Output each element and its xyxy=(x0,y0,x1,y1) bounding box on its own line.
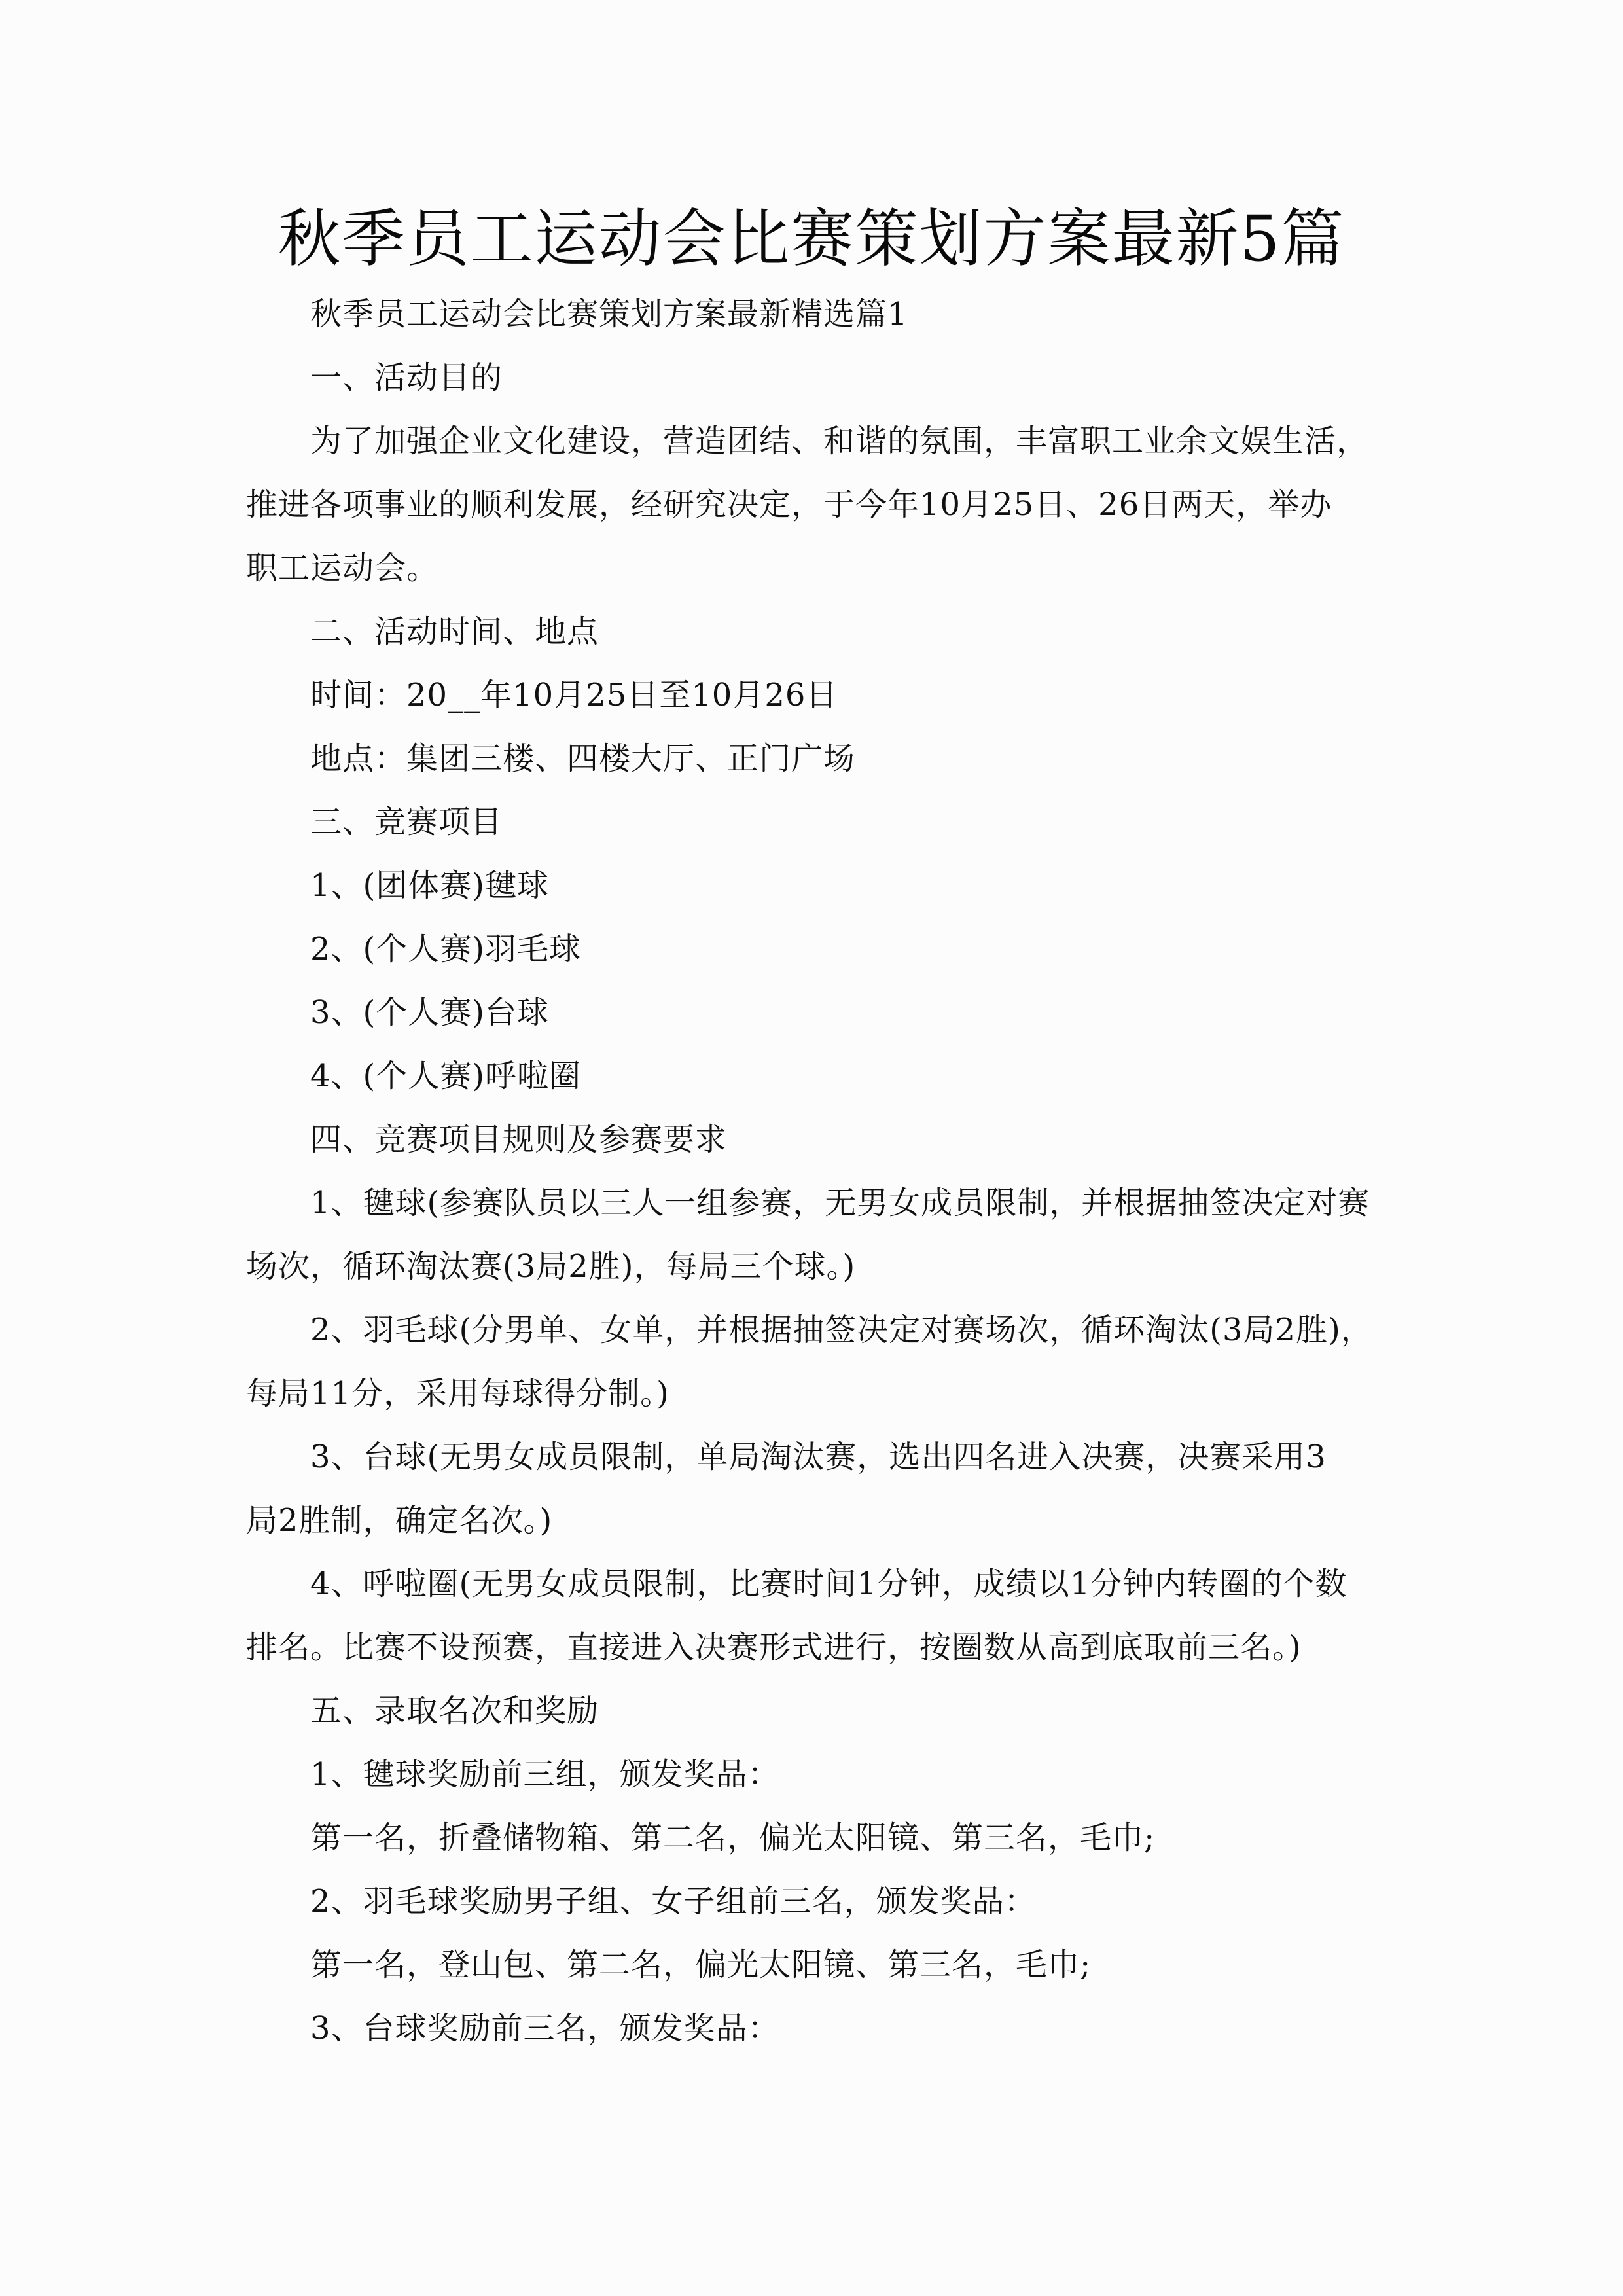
award-prizes: 第一名，登山包、第二名，偏光太阳镜、第三名，毛巾; xyxy=(310,1944,1091,1986)
document-title: 秋季员工运动会比赛策划方案最新5篇 xyxy=(0,196,1623,281)
event-item: 1、(团体赛)毽球 xyxy=(310,865,549,906)
section-heading-events: 三、竞赛项目 xyxy=(310,801,503,843)
rule-line: 排名。比赛不设预赛，直接进入决赛形式进行，按圈数从高到底取前三名。) xyxy=(246,1626,1302,1668)
section-heading-time-place: 二、活动时间、地点 xyxy=(310,611,599,653)
document-page: 秋季员工运动会比赛策划方案最新5篇 秋季员工运动会比赛策划方案最新精选篇1 一、… xyxy=(0,0,1623,2296)
document-subtitle: 秋季员工运动会比赛策划方案最新精选篇1 xyxy=(310,293,908,335)
rule-line: 2、羽毛球(分男单、女单，并根据抽签决定对赛场次，循环淘汰(3局2胜)， xyxy=(310,1309,1373,1351)
rule-line: 每局11分，采用每球得分制。) xyxy=(246,1372,669,1414)
award-line: 1、毽球奖励前三组，颁发奖品： xyxy=(310,1753,780,1795)
event-item: 2、(个人赛)羽毛球 xyxy=(310,928,581,970)
section-heading-rules: 四、竞赛项目规则及参赛要求 xyxy=(310,1119,727,1160)
rule-line: 局2胜制，确定名次。) xyxy=(246,1499,552,1541)
rule-line: 3、台球(无男女成员限制，单局淘汰赛，选出四名进入决赛，决赛采用3 xyxy=(310,1436,1327,1478)
paragraph-line: 为了加强企业文化建设，营造团结、和谐的氛围，丰富职工业余文娱生活， xyxy=(310,420,1368,462)
event-place: 地点：集团三楼、四楼大厅、正门广场 xyxy=(310,738,855,780)
rule-line: 场次，循环淘汰赛(3局2胜)，每局三个球。) xyxy=(246,1246,855,1287)
award-prizes: 第一名，折叠储物箱、第二名，偏光太阳镜、第三名，毛巾; xyxy=(310,1817,1155,1859)
section-heading-purpose: 一、活动目的 xyxy=(310,357,503,399)
rule-line: 4、呼啦圈(无男女成员限制，比赛时间1分钟，成绩以1分钟内转圈的个数 xyxy=(310,1563,1347,1605)
award-line: 2、羽毛球奖励男子组、女子组前三名，颁发奖品： xyxy=(310,1880,1037,1922)
paragraph-line: 推进各项事业的顺利发展，经研究决定，于今年10月25日、26日两天，举办 xyxy=(246,484,1332,526)
rule-line: 1、毽球(参赛队员以三人一组参赛，无男女成员限制，并根据抽签决定对赛 xyxy=(310,1182,1370,1224)
event-item: 3、(个人赛)台球 xyxy=(310,992,549,1033)
paragraph-line: 职工运动会。 xyxy=(246,547,438,589)
event-time: 时间：20__年10月25日至10月26日 xyxy=(310,674,838,716)
event-item: 4、(个人赛)呼啦圈 xyxy=(310,1055,581,1097)
section-heading-awards: 五、录取名次和奖励 xyxy=(310,1690,599,1732)
award-line: 3、台球奖励前三名，颁发奖品： xyxy=(310,2007,780,2049)
